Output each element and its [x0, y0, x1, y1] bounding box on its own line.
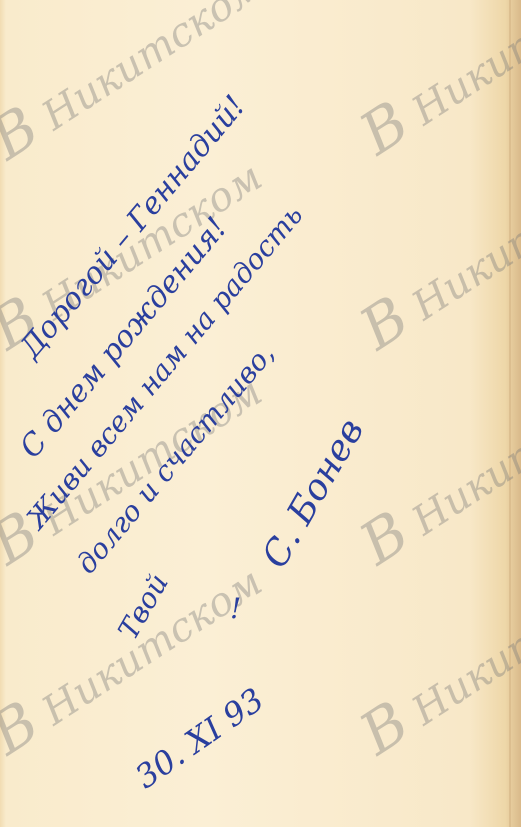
book-page: В НикитскомВ НикитскомВ НикитскомВ Никит…: [0, 0, 521, 827]
date: 30. XI 93: [128, 680, 271, 796]
watermark: В Никитском: [348, 139, 521, 363]
inscription-line: !: [230, 592, 241, 625]
watermark: В Никитском: [348, 0, 521, 168]
page-edge: [509, 0, 511, 827]
watermark: В Никитском: [348, 544, 521, 768]
watermark: В Никитском: [348, 354, 521, 578]
signature: С. Бонев: [254, 412, 372, 575]
